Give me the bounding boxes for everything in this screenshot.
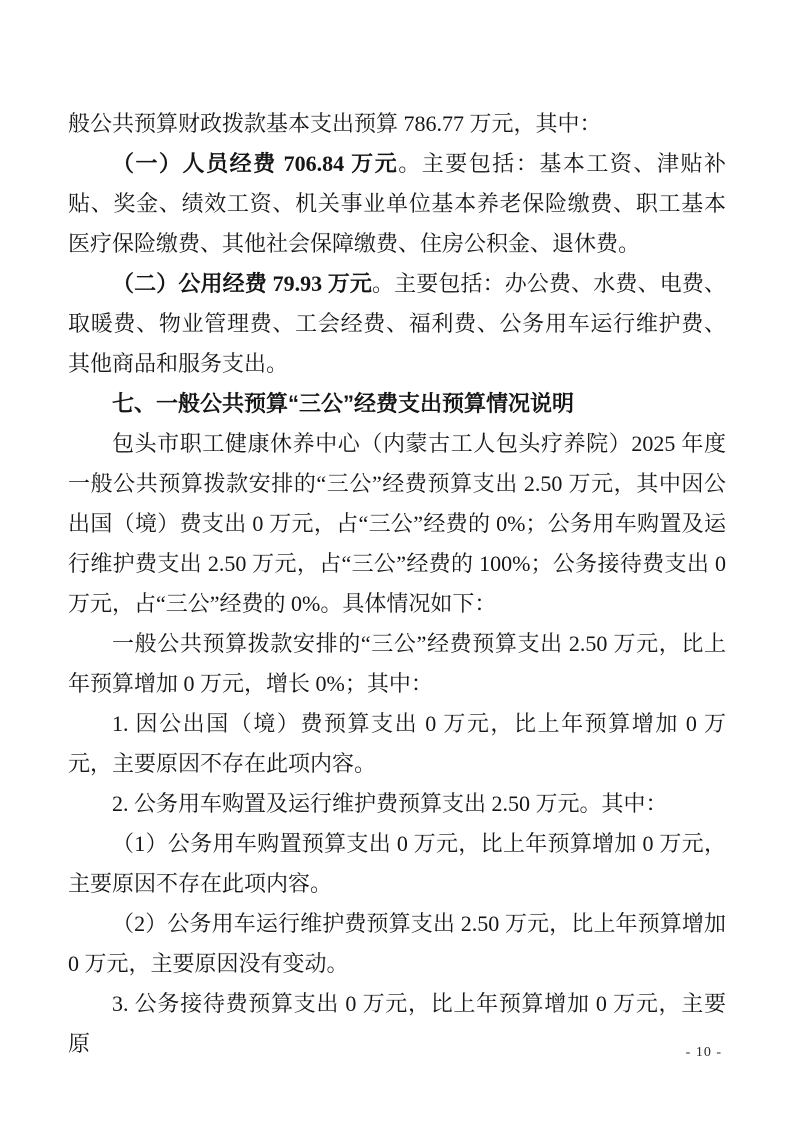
paragraph-item1-overseas-travel: 1. 因公出国（境）费预算支出 0 万元，比上年预算增加 0 万元，主要原因不存… [68,704,726,784]
paragraph-sangong-year-over-year: 一般公共预算拨款安排的“三公”经费预算支出 2.50 万元，比上年预算增加 0 … [68,624,726,704]
paragraph-item2-vehicle-total: 2. 公务用车购置及运行维护费预算支出 2.50 万元。其中： [68,784,726,824]
paragraph-item2-2-vehicle-maintenance: （2）公务用车运行维护费预算支出 2.50 万元，比上年预算增加 0 万元，主要… [68,904,726,984]
document-page: 般公共预算财政拨款基本支出预算 786.77 万元，其中： （一）人员经费 70… [0,0,794,1123]
paragraph-sangong-overview: 包头市职工健康休养中心（内蒙古工人包头疗养院）2025 年度一般公共预算拨款安排… [68,424,726,624]
paragraph-basic-expenditure-carryover: 般公共预算财政拨款基本支出预算 786.77 万元，其中： [68,104,726,144]
paragraph-public-expense: （二）公用经费 79.93 万元。主要包括：办公费、水费、电费、取暖费、物业管理… [68,264,726,384]
paragraph-item3-official-reception: 3. 公务接待费预算支出 0 万元，比上年预算增加 0 万元，主要原 [68,984,726,1064]
section-7-heading: 七、一般公共预算“三公”经费支出预算情况说明 [68,384,726,424]
document-body: 般公共预算财政拨款基本支出预算 786.77 万元，其中： （一）人员经费 70… [68,104,726,1064]
paragraph-item2-1-vehicle-purchase: （1）公务用车购置预算支出 0 万元，比上年预算增加 0 万元，主要原因不存在此… [68,824,726,904]
public-expense-bold-lead: （二）公用经费 79.93 万元 [112,271,372,296]
personnel-expense-bold-lead: （一）人员经费 706.84 万元 [112,151,398,176]
paragraph-personnel-expense: （一）人员经费 706.84 万元。主要包括：基本工资、津贴补贴、奖金、绩效工资… [68,144,726,264]
page-number: - 10 - [686,1045,722,1061]
